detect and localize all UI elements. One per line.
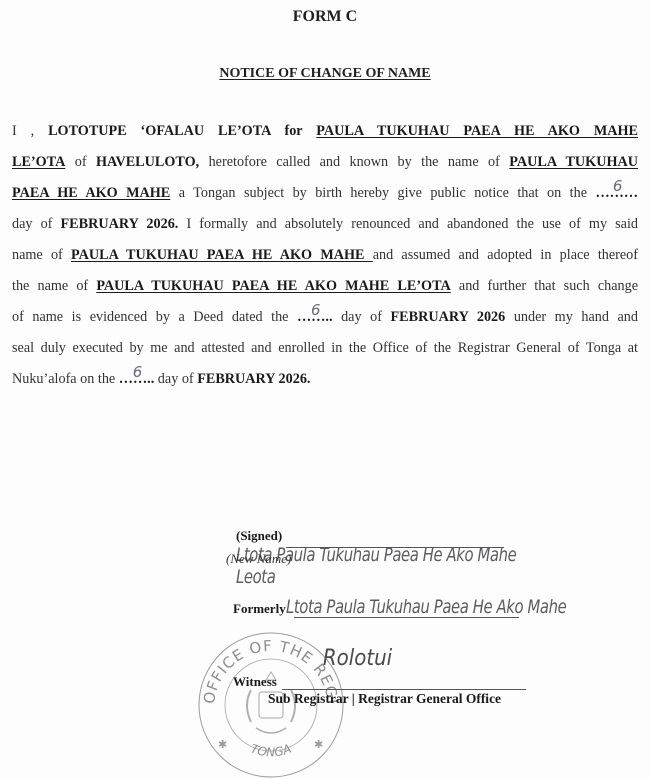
applicant-name: LOTOTUPE ‘OFALAU LE’OTA	[48, 123, 271, 139]
month-year: FEBRUARY 2026.	[197, 371, 310, 387]
formerly-underline	[294, 617, 519, 618]
day-blank: ………6	[595, 185, 638, 201]
formerly-label: Formerly	[233, 601, 286, 616]
text: seal duly executed by me and attested an…	[12, 340, 638, 356]
body-line-9: Nuku’alofa on the ……..6 day of FEBRUARY …	[12, 364, 638, 395]
deed-day-blank: ……..6	[297, 309, 332, 325]
text: under my hand and	[505, 309, 638, 325]
witness-underline	[282, 689, 526, 690]
handwritten-day: 6	[133, 357, 143, 388]
former-name-signature: Ltota Paula Tukuhau Paea He Ako Mahe	[286, 596, 566, 618]
place-name: HAVELULOTO,	[96, 154, 199, 170]
witness-signature: Rolotui	[323, 646, 392, 671]
body-line-6: the name of PAULA TUKUHAU PAEA HE AKO MA…	[12, 271, 638, 302]
month-year: FEBRUARY 2026	[391, 309, 506, 325]
text: day of	[12, 216, 61, 232]
text: day of	[154, 371, 197, 387]
body-line-1: I , LOTOTUPE ‘OFALAU LE’OTA for PAULA TU…	[12, 116, 638, 147]
old-name-part: PAEA HE AKO MAHE	[12, 185, 170, 201]
svg-text:TONGA: TONGA	[249, 741, 293, 759]
new-name-part: PAULA TUKUHAU PAEA HE AKO MAHE	[316, 123, 638, 139]
old-name-part: PAULA TUKUHAU	[509, 154, 638, 170]
month-year: FEBRUARY 2026.	[61, 216, 179, 232]
old-name: PAULA TUKUHAU PAEA HE AKO MAHE	[71, 247, 373, 263]
text: of name is evidenced by a Deed dated the	[12, 309, 297, 325]
document-page: FORM C NOTICE OF CHANGE OF NAME I , LOTO…	[0, 0, 650, 779]
notice-body: I , LOTOTUPE ‘OFALAU LE’OTA for PAULA TU…	[12, 116, 638, 395]
new-name-caption: (New Name)	[226, 551, 291, 567]
body-line-5: name of PAULA TUKUHAU PAEA HE AKO MAHE a…	[12, 240, 638, 271]
enrolled-day-blank: ……..6	[119, 371, 154, 387]
body-line-3: PAEA HE AKO MAHE a Tongan subject by bir…	[12, 178, 638, 209]
body-line-8: seal duly executed by me and attested an…	[12, 333, 638, 364]
text: the name of	[12, 278, 96, 294]
text: and further that such change	[451, 278, 638, 294]
handwritten-day: 6	[311, 295, 321, 326]
registrar-caption: Sub Registrar | Registrar General Office	[268, 691, 501, 707]
formerly-row: FormerlyLtota Paula Tukuhau Paea He Ako …	[233, 596, 645, 618]
witness-label: Witness	[233, 674, 277, 690]
signed-row: (Signed)Ltota Paula Tukuhau Paea He Ako …	[236, 528, 650, 588]
body-line-4: day of FEBRUARY 2026. I formally and abs…	[12, 209, 638, 240]
text: day of	[333, 309, 391, 325]
text: name of	[12, 247, 71, 263]
text: I formally and absolutely renounced and …	[178, 216, 638, 232]
text: heretofore called and known by the name …	[199, 154, 509, 170]
form-title: FORM C	[0, 8, 650, 26]
signed-underline	[286, 547, 504, 548]
body-line-7: of name is evidenced by a Deed dated the…	[12, 302, 638, 333]
text: of	[65, 154, 96, 170]
signed-label: (Signed)	[236, 528, 282, 543]
svg-text:✱: ✱	[314, 739, 323, 751]
text: a Tongan subject by birth hereby give pu…	[170, 185, 595, 201]
handwritten-day: 6	[613, 171, 623, 202]
text: and assumed and adopted in place thereof	[373, 247, 638, 263]
new-name: PAULA TUKUHAU PAEA HE AKO MAHE LE’OTA	[96, 278, 450, 294]
text: I ,	[12, 123, 48, 139]
new-name-part: LE’OTA	[12, 154, 65, 170]
notice-title-text: NOTICE OF CHANGE OF NAME	[219, 66, 430, 81]
svg-text:✱: ✱	[218, 739, 227, 751]
notice-title: NOTICE OF CHANGE OF NAME	[0, 66, 650, 82]
text: Nuku’alofa on the	[12, 371, 119, 387]
text: for	[271, 123, 317, 139]
body-line-2: LE’OTA of HAVELULOTO, heretofore called …	[12, 147, 638, 178]
